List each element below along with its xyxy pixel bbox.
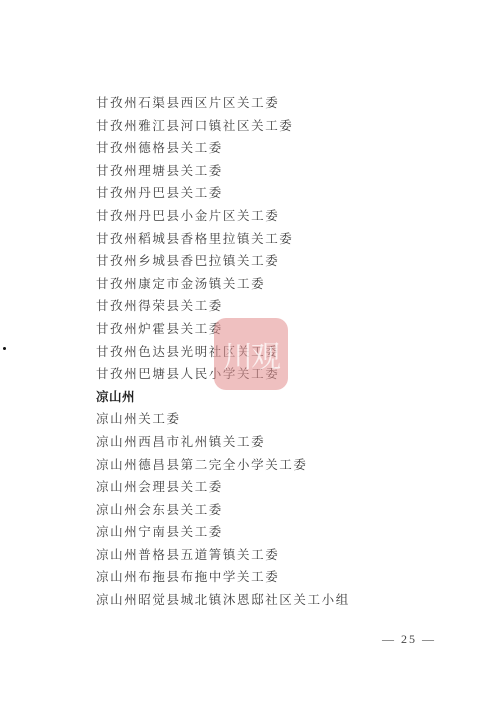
list-item: 凉山州德昌县第二完全小学关工委 (96, 454, 350, 477)
list-item: 甘孜州康定市金汤镇关工委 (96, 273, 350, 296)
list-item: 甘孜州德格县关工委 (96, 137, 350, 160)
list-item: 凉山州普格县五道箐镇关工委 (96, 544, 350, 567)
list-item: 甘孜州石渠县西区片区关工委 (96, 92, 350, 115)
list-item: 甘孜州理塘县关工委 (96, 160, 350, 183)
margin-dot (3, 347, 6, 350)
document-page: 甘孜州石渠县西区片区关工委 甘孜州雅江县河口镇社区关工委 甘孜州德格县关工委 甘… (0, 0, 500, 707)
list-item: 甘孜州色达县光明社区关工委 (96, 341, 350, 364)
list-item: 凉山州会东县关工委 (96, 499, 350, 522)
list-item: 甘孜州雅江县河口镇社区关工委 (96, 115, 350, 138)
page-number: — 25 — (382, 632, 436, 647)
list-item: 凉山州会理县关工委 (96, 476, 350, 499)
list-item: 凉山州布拖县布拖中学关工委 (96, 566, 350, 589)
list-item: 凉山州关工委 (96, 408, 350, 431)
list-item: 凉山州昭觉县城北镇沐恩邸社区关工小组 (96, 589, 350, 612)
list-item: 甘孜州稻城县香格里拉镇关工委 (96, 228, 350, 251)
list-item: 甘孜州丹巴县小金片区关工委 (96, 205, 350, 228)
list-item: 甘孜州炉霍县关工委 (96, 318, 350, 341)
section-heading-liangshan: 凉山州 (96, 386, 350, 409)
list-item: 甘孜州巴塘县人民小学关工委 (96, 363, 350, 386)
list-item: 甘孜州得荣县关工委 (96, 295, 350, 318)
list-item: 甘孜州乡城县香巴拉镇关工委 (96, 250, 350, 273)
list-item: 凉山州西昌市礼州镇关工委 (96, 431, 350, 454)
list-item: 凉山州宁南县关工委 (96, 521, 350, 544)
organization-list: 甘孜州石渠县西区片区关工委 甘孜州雅江县河口镇社区关工委 甘孜州德格县关工委 甘… (96, 92, 350, 612)
list-item: 甘孜州丹巴县关工委 (96, 182, 350, 205)
